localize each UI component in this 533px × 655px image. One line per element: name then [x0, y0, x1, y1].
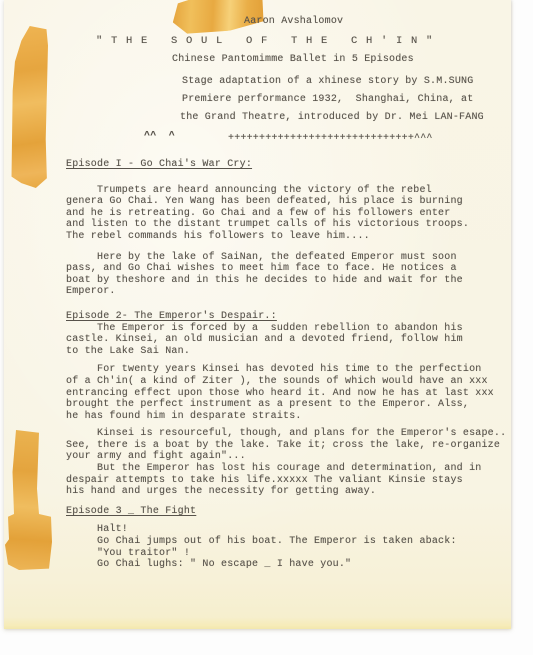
credit-line-2: Premiere performance 1932, Shanghai, Chi… [182, 94, 473, 105]
episode-2-paragraph-2: For twenty years Kinsei has devoted his … [66, 364, 514, 422]
credit-line-3: the Grand Theatre, introduced by Dr. Mei… [180, 112, 484, 123]
document-subtitle: Chinese Pantomimme Ballet in 5 Episodes [172, 54, 414, 65]
typewritten-page: Aaron Avshalomov " T H E S O U L O F T H… [4, 0, 511, 629]
episode-3-heading: Episode 3 _ The Fight [66, 506, 514, 518]
episode-1-paragraph-2: Here by the lake of SaiNan, the defeated… [66, 252, 514, 298]
episode-3-dialogue: Halt! Go Chai jumps out of his boat. The… [66, 524, 514, 570]
author-name: Aaron Avshalomov [244, 16, 343, 27]
divider-caret-marks: ^^ ^ [144, 131, 175, 142]
document-title: " T H E S O U L O F T H E C H ' I N " [96, 35, 434, 47]
divider-plus-row: ++++++++++++++++++++++++++++++^^^ [228, 133, 433, 144]
episode-2-heading: Episode 2- The Emperor's Despair.: [66, 311, 514, 323]
document-scan: Aaron Avshalomov " T H E S O U L O F T H… [0, 0, 533, 655]
paper-bottom-edge [4, 617, 511, 629]
credit-line-1: Stage adaptation of a xhinese story by S… [182, 76, 473, 87]
episode-1-paragraph-1: Trumpets are heard announcing the victor… [66, 185, 514, 243]
episode-2-paragraph-4: But the Emperor has lost his courage and… [66, 463, 514, 498]
episode-1-heading: Episode I - Go Chai's War Cry: [66, 159, 514, 171]
document-body: Episode I - Go Chai's War Cry: Trumpets … [66, 159, 514, 571]
episode-2-paragraph-1: The Emperor is forced by a sudden rebell… [66, 323, 514, 358]
tape-piece-left-upper [10, 26, 48, 188]
episode-2-paragraph-3: Kinsei is resourceful, though, and plans… [66, 428, 514, 463]
tape-piece-left-lower [4, 430, 54, 570]
